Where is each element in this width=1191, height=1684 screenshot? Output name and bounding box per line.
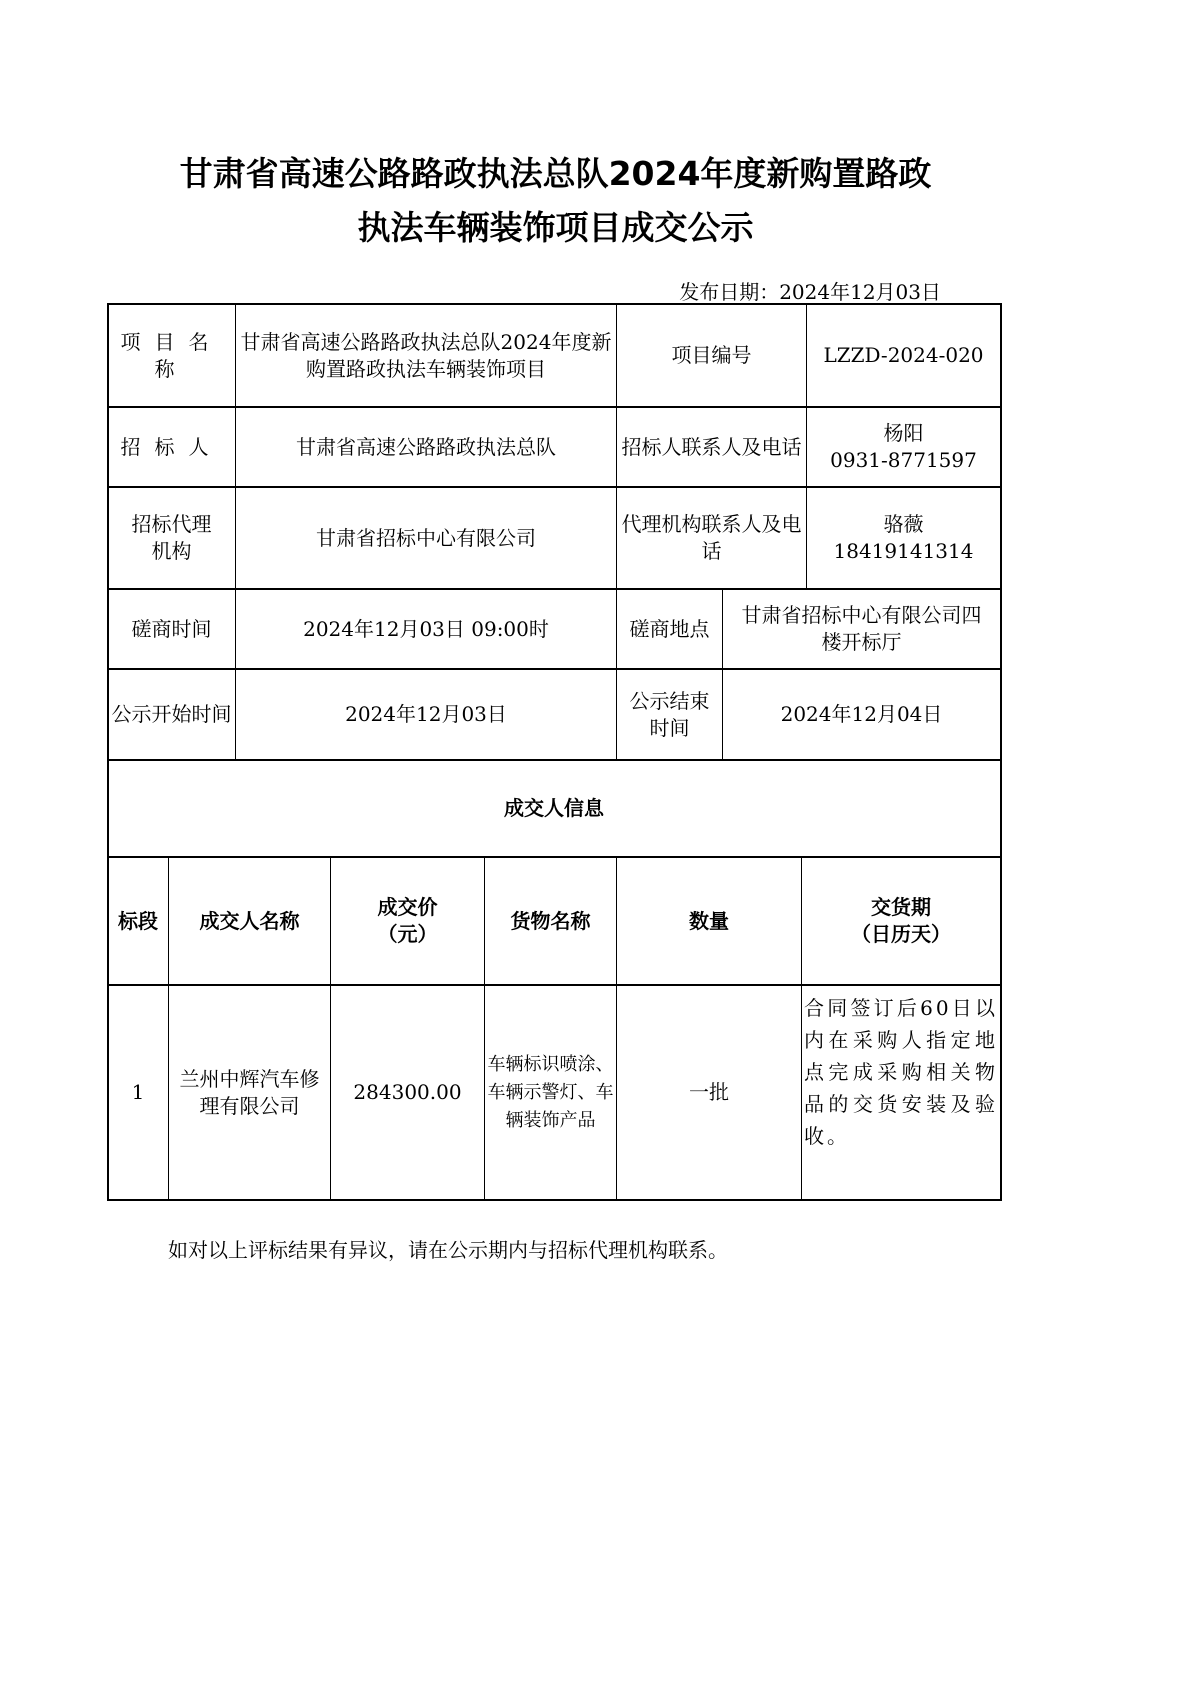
project-name-label: 项目名称 <box>108 305 235 406</box>
project-name-value: 甘肃省高速公路路政执法总队2024年度新购置路政执法车辆装饰项目 <box>236 305 616 406</box>
col-header-quantity: 数量 <box>617 858 801 984</box>
agency-contact-name: 骆薇 <box>884 511 924 538</box>
publicity-end-label: 公示结束时间 <box>617 670 722 759</box>
negotiation-time-value: 2024年12月03日 09:00时 <box>236 590 616 668</box>
cell-delivery: 合同签订后60日以内在采购人指定地点完成采购相关物品的交货安装及验收。 <box>802 986 1000 1199</box>
cell-winner: 兰州中辉汽车修理有限公司 <box>169 986 330 1199</box>
cell-price: 284300.00 <box>331 986 484 1199</box>
col-header-delivery: 交货期 （日历天） <box>802 858 1000 984</box>
negotiation-time-label: 磋商时间 <box>108 590 235 668</box>
cell-goods: 车辆标识喷涂、车辆示警灯、车辆装饰产品 <box>485 986 616 1199</box>
tenderer-contact-phone: 0931-8771597 <box>830 447 977 474</box>
tenderer-contact-name: 杨阳 <box>884 420 924 447</box>
agency-contact-label: 代理机构联系人及电话 <box>617 488 806 588</box>
document-title-line1: 甘肃省高速公路路政执法总队2024年度新购置路政 <box>0 148 1111 195</box>
tenderer-value: 甘肃省高速公路路政执法总队 <box>236 408 616 486</box>
col-header-price-line1: 成交价 <box>378 894 438 921</box>
col-header-price-line2: （元） <box>378 921 438 948</box>
agency-value: 甘肃省招标中心有限公司 <box>236 488 616 588</box>
table-border <box>107 1199 1002 1201</box>
winner-section-heading: 成交人信息 <box>108 761 1000 856</box>
agency-label: 招标代理机构 <box>108 488 235 588</box>
tenderer-label: 招标人 <box>108 408 235 486</box>
footer-note: 如对以上评标结果有异议，请在公示期内与招标代理机构联系。 <box>168 1234 728 1263</box>
tenderer-contact: 杨阳 0931-8771597 <box>807 408 1000 486</box>
col-header-goods: 货物名称 <box>485 858 616 984</box>
document-title-line2: 执法车辆装饰项目成交公示 <box>0 202 1111 249</box>
col-header-lot: 标段 <box>108 858 168 984</box>
tenderer-contact-label: 招标人联系人及电话 <box>617 408 806 486</box>
project-no-label: 项目编号 <box>617 305 806 406</box>
agency-contact: 骆薇 18419141314 <box>807 488 1000 588</box>
agency-contact-phone: 18419141314 <box>834 538 974 565</box>
col-header-delivery-line2: （日历天） <box>851 921 951 948</box>
col-header-winner: 成交人名称 <box>169 858 330 984</box>
publicity-start-value: 2024年12月03日 <box>236 670 616 759</box>
publish-date: 发布日期：2024年12月03日 <box>679 276 941 305</box>
negotiation-place-value: 甘肃省招标中心有限公司四楼开标厅 <box>723 590 1000 668</box>
project-no-value: LZZD-2024-020 <box>807 305 1000 406</box>
cell-lot: 1 <box>108 986 168 1199</box>
publicity-end-value: 2024年12月04日 <box>723 670 1000 759</box>
col-header-price: 成交价 （元） <box>331 858 484 984</box>
negotiation-place-label: 磋商地点 <box>617 590 722 668</box>
table-border <box>1000 303 1002 1201</box>
cell-quantity: 一批 <box>617 986 801 1199</box>
publicity-start-label: 公示开始时间 <box>108 670 235 759</box>
col-header-delivery-line1: 交货期 <box>871 894 931 921</box>
